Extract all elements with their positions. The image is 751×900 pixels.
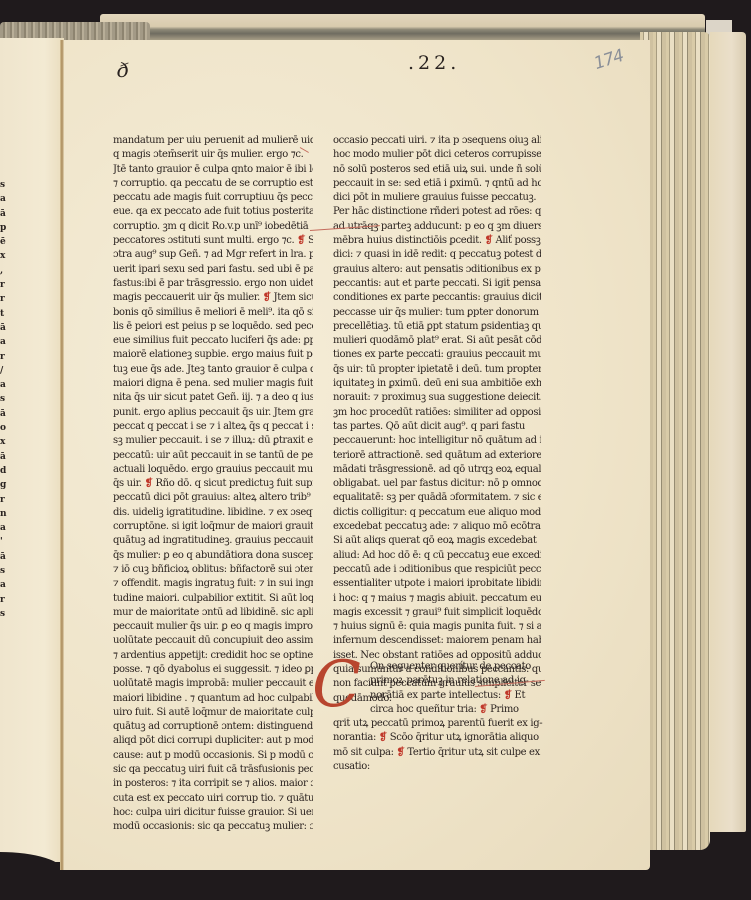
signature-mark: ð	[117, 58, 129, 82]
text-line: mō sit culpa: ❡ Tertio q̄ritur utꝝ sit c…	[333, 746, 543, 760]
text-line: q magis ɔtem̄serit uir q̄s mulier. ergo …	[113, 148, 313, 162]
book-top-edge	[100, 14, 705, 42]
book-scan: s a ā p ē x , r r t ā a r / a s ā o x ā …	[0, 0, 751, 900]
text-line: tudine maiori. culpabilior extitit. Si a…	[113, 592, 313, 606]
text-line: fastus:ibi ē par trāsgressio. ergo non u…	[113, 277, 313, 291]
text-line: excedebat peccatuꝫ ade: ⁊ aliquo mō ecōt…	[333, 520, 541, 534]
text-line: punit. ergo aplius peccauit q̄s uir. Jte…	[113, 406, 313, 420]
text-line: maiorē elationeꝫ supbie. ergo maius fuit…	[113, 348, 313, 362]
text-line: precellētiaꝫ. tū etiā ꝑpt statum ꝑsident…	[333, 320, 541, 334]
paragraph-mark-icon: ❡	[263, 292, 271, 303]
text-line: maiori digna ē pena. sed mulier magis fu…	[113, 377, 313, 391]
text-line: eue. qa ex peccato ade fuit totius poste…	[113, 205, 313, 219]
text-line: eue similius fuit peccato luciferi q̄s a…	[113, 334, 313, 348]
text-line: peccauit in se: sed etiā i ꝑximū. ⁊ qntū…	[333, 177, 541, 191]
text-line: mēbra huius distinctiōis ꝑcedit. ❡ Aliť …	[333, 234, 541, 248]
text-line: hoc: culpa uiri dicitur fuisse grauior. …	[113, 806, 313, 820]
text-line: peccantis: aut et parte peccati. Si igit…	[333, 277, 541, 291]
text-line: ⁊ ardentius appetijt: credidit hoc se op…	[113, 649, 313, 663]
text-line: infernum descendisset: maiorem penam hab…	[333, 634, 541, 648]
text-line: hoc modo mulier pōt dici ceteros corrupi…	[333, 148, 541, 162]
text-line: q̄s mulier: ꝑ eo q abundātiora dona susc…	[113, 549, 313, 563]
text-line: dici: ⁊ quasi in idē redit: q peccatuꝫ p…	[333, 248, 541, 262]
text-line: mādati trāsgressionē. ad qō utrqꝫ eoꝝ eq…	[333, 463, 541, 477]
paragraph-mark-icon: ❡	[145, 478, 153, 489]
text-line: cusatio:	[333, 760, 543, 774]
folio-number: .22.	[408, 52, 460, 74]
paragraph-mark-icon: ❡	[379, 732, 387, 743]
text-line: tiones ex parte peccati: grauius peccaui…	[333, 348, 541, 362]
text-line: peccat q peccat i se ⁊ i alteꝝ q̄s q pec…	[113, 420, 313, 434]
text-line: corruptōne. si igit̄ loq̄mur de maiori g…	[113, 520, 313, 534]
text-line: uiro fuit. Si autē loq̄mur de maioritate…	[113, 706, 313, 720]
rubricated-initial: C	[312, 657, 370, 713]
text-line: teriorē attractionē. sed quātum ad exter…	[333, 449, 541, 463]
text-line: peccatū: uir aūt peccauit in se tantū de…	[113, 449, 313, 463]
text-line: corruptio. ꝫm q dicit Ro.v.p unī⁹ iobedē…	[113, 220, 313, 234]
text-line: uolūtate peccauit dū concupiuit deo assi…	[113, 634, 313, 648]
text-line: Per hāc distinctione rñderi potest ad rō…	[333, 205, 541, 219]
text-line: mandatum per uiu peruenit ad mulierē uid…	[113, 134, 313, 148]
text-line: mulieri quodāmō plat⁹ erat. Si aūt pesāt…	[333, 334, 541, 348]
text-line: maiori libidine . ⁊ quantum ad hoc culpa…	[113, 692, 313, 706]
text-line: tuꝫ eue q̄s ade. Jteꝫ tanto grauior ē cu…	[113, 363, 313, 377]
text-line: qrit̄ utꝝ peccatū primoꝝ parentū fuerit …	[333, 717, 543, 731]
text-line: norātiā ex parte intellectus: ❡ Et	[370, 689, 545, 703]
text-line: aliud: Ad hoc dō ē: q cū peccatuꝫ eue ex…	[333, 549, 541, 563]
text-line: grauius altero: aut pensatis ɔditionibus…	[333, 263, 541, 277]
text-line: On sequenter querítur de peccato	[370, 660, 545, 674]
text-line: quātuꝫ ad ingratitudineꝫ. grauius peccau…	[113, 534, 313, 548]
text-line: peccatū dici pōt grauius: alteꝝ altero t…	[113, 491, 313, 505]
question-list-text: qrit̄ utꝝ peccatū primoꝝ parentū fuerit …	[333, 717, 543, 774]
text-line: dis. uideliꝫ igratitudine. libidine. ⁊ e…	[113, 506, 313, 520]
text-line: equalitatē: sꝫ per quādā ɔformitatem. ⁊ …	[333, 491, 541, 505]
paragraph-mark-icon: ❡	[479, 704, 487, 715]
text-line: actuali loquēdo. ergo grauius peccauit m…	[113, 463, 313, 477]
text-line: bonis qō similius ē meliori ē meli⁹. ita…	[113, 306, 313, 320]
text-line: ⁊ offendit. magis ingratuꝫ fuit: ⁊ in su…	[113, 577, 313, 591]
left-page-edge: s a ā p ē x , r r t ā a r / a s ā o x ā …	[0, 38, 64, 862]
left-text-column: mandatum per uiu peruenit ad mulierē uid…	[113, 134, 313, 835]
text-line: obligabat. uel par fastus dicitur: nō p …	[333, 477, 541, 491]
text-line: cause: aut p modū occasionis. Si p modū …	[113, 749, 313, 763]
text-line: uerit ipari sexu sed pari fastu. sed ubi…	[113, 263, 313, 277]
text-line: ⁊ huius signū ē: quia magis punita fuit.…	[333, 620, 541, 634]
text-line: circa hoc queñtur tria: ❡ Primo	[370, 703, 545, 717]
text-line: Jtē tanto grauior ē culpa qnto maior ē i…	[113, 163, 313, 177]
text-line: q̄s uir. ❡ Rño dō. q sicut predictuꝫ fui…	[113, 477, 313, 491]
text-line: peccatores ɔstituti sunt multi. ergo ⁊c.…	[113, 234, 313, 248]
text-line: dici pōt in muliere grauius fuisse pecca…	[333, 191, 541, 205]
text-line: Si aūt aliqs querat qō eoꝝ magis excedeb…	[333, 534, 541, 548]
text-line: cuta est ex peccato uiri corrup tio. ⁊ q…	[113, 792, 313, 806]
text-line: peccasse uir q̄s mulier: tum ꝑpter donor…	[333, 306, 541, 320]
left-page-text-fragment: s a ā p ē x , r r t ā a r / a s ā o x ā …	[0, 178, 8, 621]
text-line: ⁊ iō cuꝫ bñficioꝝ oblitus: bñfactorē sui…	[113, 563, 313, 577]
text-line: q̄s uir: tū propter ipietatē i deū. tum …	[333, 363, 541, 377]
paragraph-mark-icon: ❡	[297, 235, 305, 246]
text-line: occasio peccati uiri. ⁊ ita p ɔsequens o…	[333, 134, 541, 148]
text-line: ꝫm hoc procedūt ratiōes: similiter ad op…	[333, 406, 541, 420]
text-line: uolūtatē magis improbā: mulier peccauit …	[113, 677, 313, 691]
text-line: iquitateꝫ in ꝑximū. deū eni sua ambitiōe…	[333, 377, 541, 391]
right-text-column: occasio peccati uiri. ⁊ ita p ɔsequens o…	[333, 134, 541, 706]
text-line: peccatū ade i ɔditionibus que respiciūt …	[333, 563, 541, 577]
text-line: sꝫ mulier peccauit. i se ⁊ illuꝝ: dū ꝑtr…	[113, 434, 313, 448]
text-line: ⁊ corruptio. qa peccatu de se corruptio …	[113, 177, 313, 191]
text-line: peccauerunt: hoc intelligitur nō quātum …	[333, 434, 541, 448]
text-line: dictis colligitur: q peccatum eue aliquo…	[333, 506, 541, 520]
initial-adjacent-text: On sequenter querítur de peccatoprimoꝝ p…	[370, 660, 545, 717]
text-line: lis ē peiori est peius p se loquēdo. sed…	[113, 320, 313, 334]
text-line: norauit: ⁊ proximuꝫ sua suggestione deie…	[333, 391, 541, 405]
text-line: norantia: ❡ Scōo q̄ritur utꝝ ignorātia a…	[333, 731, 543, 745]
paragraph-mark-icon: ❡	[504, 690, 512, 701]
paragraph-mark-icon: ❡	[485, 235, 493, 246]
text-line: nō solū posteros sed etiā uiꝝ sui. unde …	[333, 163, 541, 177]
page-fore-edge-stack	[640, 32, 710, 850]
text-line: peccauit mulier q̄s uir. ꝑ eo q magis im…	[113, 620, 313, 634]
text-line: i hoc: q ⁊ maius ⁊ magis abiuit. peccatu…	[333, 592, 541, 606]
text-line: magis peccauerit uir q̄s mulier. ❡ Jtem …	[113, 291, 313, 305]
text-line: essentialiter utpote i maiori iprobitate…	[333, 577, 541, 591]
text-line: ɔtra aug⁹ sup Geñ. ⁊ ad Mgr refert in lr…	[113, 248, 313, 262]
text-line: quātuꝫ ad corruptionē ɔntem: distinguend…	[113, 720, 313, 734]
text-line: conditiones ex parte peccantis: grauius …	[333, 291, 541, 305]
text-line: nita q̄s uir sicut patet Geñ. iij. ⁊ a d…	[113, 391, 313, 405]
text-line: mur de maioritate ɔntū ad libidinē. sic …	[113, 606, 313, 620]
text-line: magis excessit ⁊ graui⁹ fuit simplicit̄ …	[333, 606, 541, 620]
text-line: posse. ⁊ qō dyabolus ei suggessit. ⁊ ide…	[113, 663, 313, 677]
text-line: tas partes. Qō aūt dicit aug⁹. q pari fa…	[333, 420, 541, 434]
text-line: sic qa peccatuꝫ uiri fuit cā trāsfusioni…	[113, 763, 313, 777]
text-line: peccatu ade magis fuit corruptiuu q̄s pe…	[113, 191, 313, 205]
text-line: modū occasionis: sic qa peccatuꝫ mulier:…	[113, 820, 313, 834]
paragraph-mark-icon: ❡	[396, 747, 404, 758]
text-line: aliqd pōt dici corrupi dupliciter: aut p…	[113, 734, 313, 748]
text-line: in posteros: ⁊ ita corripit se ⁊ alios. …	[113, 777, 313, 791]
